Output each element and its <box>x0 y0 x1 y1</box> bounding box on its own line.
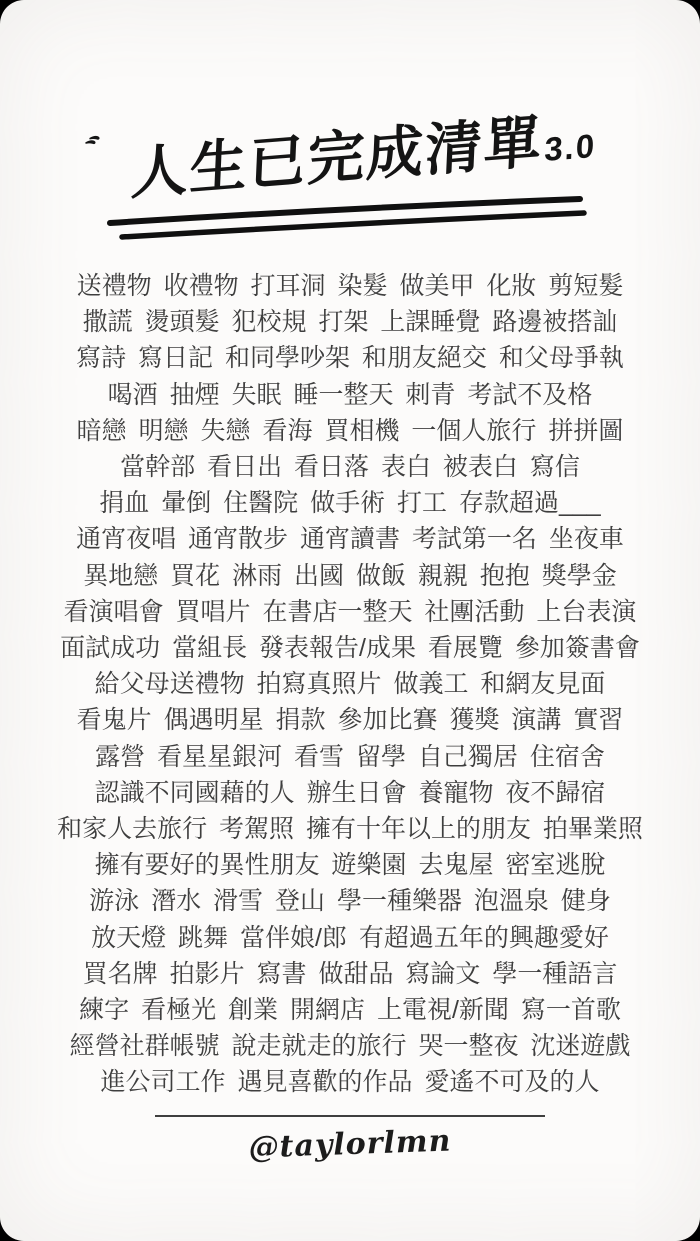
checklist-card: 、、 人生已完成清單3.0 送禮物 收禮物 打耳洞 染髮 做美甲 化妝 剪短髮撒… <box>0 0 700 1241</box>
checklist-row: 撒謊 燙頭髮 犯校規 打架 上課睡覺 路邊被搭訕 <box>0 304 700 340</box>
checklist-row: 露營 看星星銀河 看雪 留學 自己獨居 住宿舍 <box>0 739 700 775</box>
page-title-version: 3.0 <box>544 127 597 168</box>
checklist-row: 和家人去旅行 考駕照 擁有十年以上的朋友 拍畢業照 <box>0 811 700 847</box>
checklist-row: 寫詩 寫日記 和同學吵架 和朋友絕交 和父母爭執 <box>0 340 700 376</box>
checklist: 送禮物 收禮物 打耳洞 染髮 做美甲 化妝 剪短髮撒謊 燙頭髮 犯校規 打架 上… <box>0 268 700 1101</box>
checklist-row: 喝酒 抽煙 失眠 睡一整天 刺青 考試不及格 <box>0 377 700 413</box>
checklist-row: 買名牌 拍影片 寫書 做甜品 寫論文 學一種語言 <box>0 956 700 992</box>
checklist-row: 暗戀 明戀 失戀 看海 買相機 一個人旅行 拼拼圖 <box>0 413 700 449</box>
signature-divider <box>155 1115 545 1117</box>
checklist-row: 擁有要好的異性朋友 遊樂園 去鬼屋 密室逃脫 <box>0 847 700 883</box>
title-accent-marks: 、、 <box>65 107 112 153</box>
page-title: 人生已完成清單3.0 <box>129 91 598 210</box>
checklist-row: 經營社群帳號 說走就走的旅行 哭一整夜 沈迷遊戲 <box>0 1028 700 1064</box>
checklist-row: 放天燈 跳舞 當伴娘/郎 有超過五年的興趣愛好 <box>0 920 700 956</box>
title-block: 、、 人生已完成清單3.0 <box>0 96 700 246</box>
title-underline-strokes <box>104 194 588 242</box>
checklist-row: 看鬼片 偶遇明星 捐款 參加比賽 獲獎 演講 實習 <box>0 702 700 738</box>
footer: @taylorlmn <box>0 1115 700 1162</box>
checklist-row: 異地戀 買花 淋雨 出國 做飯 親親 抱抱 獎學金 <box>0 558 700 594</box>
checklist-row: 認識不同國藉的人 辦生日會 養寵物 夜不歸宿 <box>0 775 700 811</box>
checklist-row: 當幹部 看日出 看日落 表白 被表白 寫信 <box>0 449 700 485</box>
signature-handle: @taylorlmn <box>0 1114 700 1173</box>
checklist-row: 游泳 潛水 滑雪 登山 學一種樂器 泡溫泉 健身 <box>0 883 700 919</box>
checklist-row: 送禮物 收禮物 打耳洞 染髮 做美甲 化妝 剪短髮 <box>0 268 700 304</box>
checklist-row: 練字 看極光 創業 開網店 上電視/新聞 寫一首歌 <box>0 992 700 1028</box>
page-title-text: 人生已完成清單 <box>130 110 545 207</box>
checklist-row: 進公司工作 遇見喜歡的作品 愛遙不可及的人 <box>0 1064 700 1100</box>
checklist-row: 通宵夜唱 通宵散步 通宵讀書 考試第一名 坐夜車 <box>0 521 700 557</box>
checklist-row: 面試成功 當組長 發表報告/成果 看展覽 參加簽書會 <box>0 630 700 666</box>
checklist-row: 捐血 暈倒 住醫院 做手術 打工 存款超過___ <box>0 485 700 521</box>
checklist-row: 看演唱會 買唱片 在書店一整天 社團活動 上台表演 <box>0 594 700 630</box>
checklist-row: 給父母送禮物 拍寫真照片 做義工 和網友見面 <box>0 666 700 702</box>
